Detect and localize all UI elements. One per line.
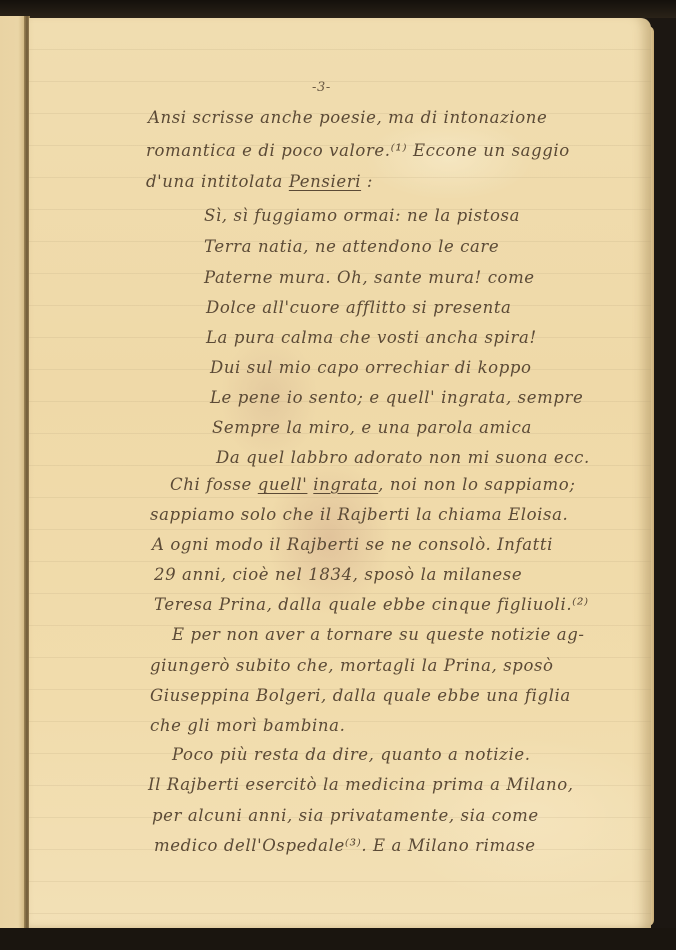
poem-title: Pensieri — [289, 172, 361, 191]
poem-line-7: Le pene io sento; e quell' ingrata, semp… — [210, 388, 583, 407]
para2-line-7: giungerò subito che, mortagli la Prina, … — [150, 656, 554, 675]
para2-line-8: Giuseppina Bolgeri, dalla quale ebbe una… — [150, 686, 571, 705]
handwritten-text: -3- Ansi scrisse anche poesie, ma di int… — [0, 0, 676, 950]
intro-line-3-text: d'una intitolata — [146, 172, 289, 191]
para2-line-2: sappiamo solo che il Rajberti la chiama … — [150, 505, 568, 524]
poem-line-9: Da quel labbro adorato non mi suona ecc. — [216, 448, 590, 467]
para2-line-4: 29 anni, cioè nel 1834, sposò la milanes… — [154, 565, 522, 584]
poem-line-6: Dui sul mio capo orrechiar di koppo — [210, 358, 532, 377]
poem-line-2: Terra natia, ne attendono le care — [204, 237, 499, 256]
para3-line-2: Il Rajberti esercitò la medicina prima a… — [148, 775, 574, 794]
para2-prefix: Chi fosse — [170, 475, 258, 494]
poem-line-8: Sempre la miro, e una parola amica — [212, 418, 532, 437]
intro-line-2: romantica e di poco valore.⁽¹⁾ Eccone un… — [146, 141, 570, 160]
intro-line-1: Ansi scrisse anche poesie, ma di intonaz… — [148, 108, 547, 127]
page-number: -3- — [312, 80, 331, 95]
para2-line-6: E per non aver a tornare su queste notiz… — [172, 625, 585, 644]
poem-line-1: Sì, sì fuggiamo ormai: ne la pistosa — [204, 206, 520, 225]
para2-emph-ingrata: ingrata — [313, 475, 378, 494]
para2-line-5: Teresa Prina, dalla quale ebbe cinque fi… — [154, 595, 589, 614]
para3-line-3: per alcuni anni, sia privatamente, sia c… — [152, 806, 539, 825]
poem-title-suffix: : — [361, 172, 373, 191]
para3-line-4: medico dell'Ospedale⁽³⁾. E a Milano rima… — [154, 836, 536, 855]
poem-line-3: Paterne mura. Oh, sante mura! come — [204, 268, 535, 287]
manuscript-scan: -3- Ansi scrisse anche poesie, ma di int… — [0, 0, 676, 950]
intro-line-3: d'una intitolata Pensieri : — [146, 172, 373, 191]
para3-line-1: Poco più resta da dire, quanto a notizie… — [172, 745, 531, 764]
para2-line-1: Chi fosse quell' ingrata, noi non lo sap… — [170, 475, 575, 494]
para2-rest: , noi non lo sappiamo; — [378, 475, 575, 494]
para2-line-9: che gli morì bambina. — [150, 716, 345, 735]
poem-line-5: La pura calma che vosti ancha spira! — [206, 328, 537, 347]
poem-line-4: Dolce all'cuore afflitto si presenta — [206, 298, 512, 317]
para2-emph-quell: quell' — [258, 475, 308, 494]
para2-line-3: A ogni modo il Rajberti se ne consolò. I… — [152, 535, 553, 554]
